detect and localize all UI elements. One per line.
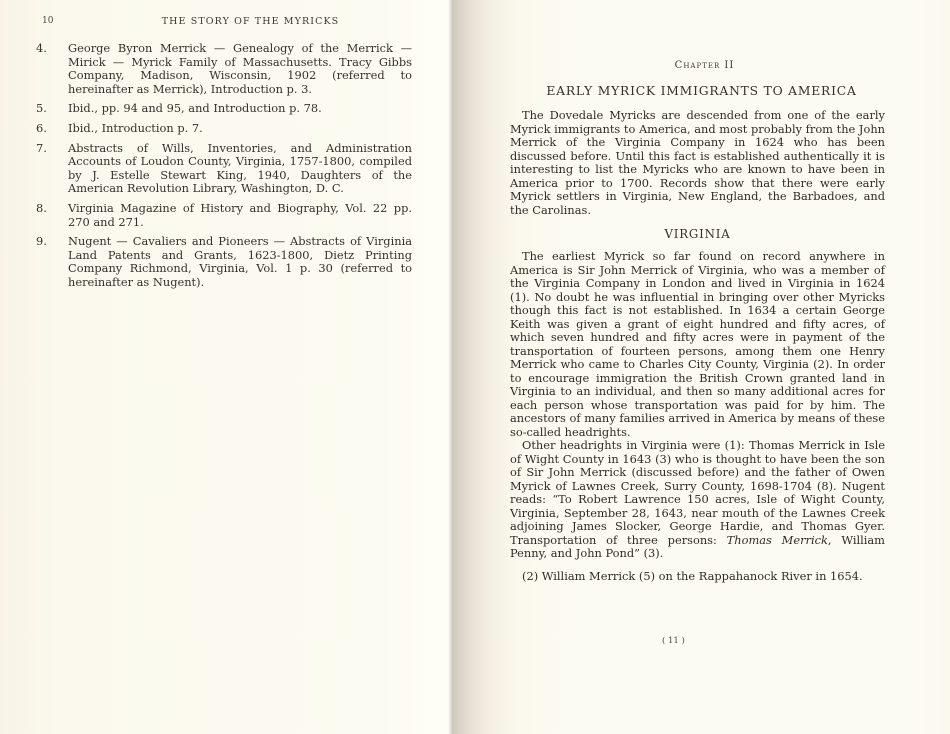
page-number-right: ( 11 )	[662, 636, 685, 646]
footnote-item: 5. Ibid., pp. 94 and 95, and Introductio…	[36, 102, 412, 116]
footnote-text: Virginia Magazine of History and Biograp…	[68, 201, 412, 229]
intro-paragraph: The Dovedale Myricks are descended from …	[510, 109, 885, 217]
paragraph-text: Other headrights in Virginia were (1): T…	[510, 438, 885, 547]
footnote-item: 8. Virginia Magazine of History and Biog…	[36, 202, 412, 229]
footnote-text: Ibid., pp. 94 and 95, and Introduction p…	[68, 101, 322, 115]
chapter-label: Chapter II	[524, 60, 885, 71]
footnote-text: Nugent — Cavaliers and Pioneers — Abstra…	[68, 234, 412, 289]
footnotes-list: 4. George Byron Merrick — Genealogy of t…	[36, 42, 412, 296]
section-heading-virginia: VIRGINIA	[510, 227, 885, 241]
footnote-item: 6. Ibid., Introduction p. 7.	[36, 122, 412, 136]
footnote-text: George Byron Merrick — Genealogy of the …	[68, 41, 412, 96]
list-item-2: (2) William Merrick (5) on the Rappahano…	[510, 570, 885, 584]
footnote-text: Ibid., Introduction p. 7.	[68, 121, 203, 135]
footnote-number: 8.	[36, 202, 56, 216]
book-spine-gutter	[448, 0, 452, 734]
footnote-number: 7.	[36, 142, 56, 156]
chapter-body: Chapter II EARLY MYRICK IMMIGRANTS TO AM…	[510, 60, 885, 583]
footnote-number: 9.	[36, 235, 56, 249]
italic-name: Thomas Merrick	[727, 533, 828, 547]
footnote-item: 7. Abstracts of Wills, Inventories, and …	[36, 142, 412, 196]
footnote-number: 5.	[36, 102, 56, 116]
footnote-text: Abstracts of Wills, Inventories, and Adm…	[68, 141, 412, 196]
body-paragraph: The earliest Myrick so far found on reco…	[510, 250, 885, 439]
footnote-item: 9. Nugent — Cavaliers and Pioneers — Abs…	[36, 235, 412, 289]
chapter-title: EARLY MYRICK IMMIGRANTS TO AMERICA	[518, 84, 885, 98]
book-spread: 10 THE STORY OF THE MYRICKS 4. George By…	[0, 0, 950, 734]
footnote-number: 6.	[36, 122, 56, 136]
running-head: 10 THE STORY OF THE MYRICKS	[28, 15, 433, 31]
footnote-item: 4. George Byron Merrick — Genealogy of t…	[36, 42, 412, 96]
footnote-number: 4.	[36, 42, 56, 56]
body-paragraph: Other headrights in Virginia were (1): T…	[510, 439, 885, 561]
running-title: THE STORY OF THE MYRICKS	[28, 16, 433, 27]
